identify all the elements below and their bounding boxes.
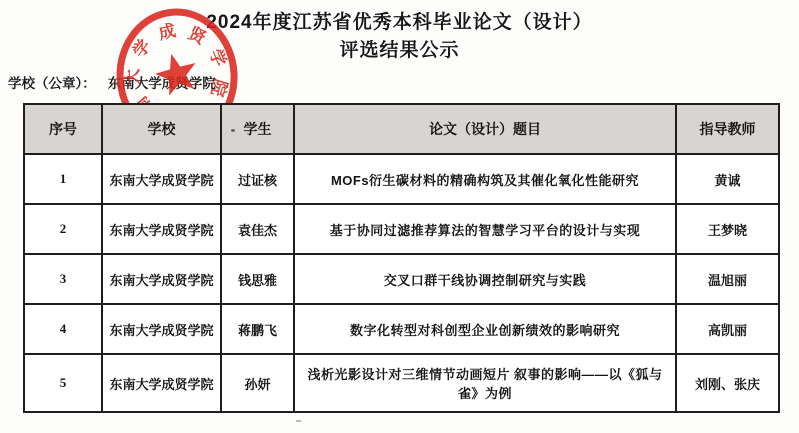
cell-no: 3 [24,254,102,304]
page-title-line2: 评选结果公示 [0,37,799,65]
cell-no: 1 [24,154,102,204]
column-header-3: 论文（设计）题目 [294,104,676,154]
school-label: 学校（公章）： [8,76,96,91]
cell-title: 浅析光影设计对三维情节动画短片 叙事的影响——以《狐与雀》为例 [294,354,676,412]
table-row: 1东南大学成贤学院过证核MOFs衍生碳材料的精确构筑及其催化氧化性能研究黄诚 [24,154,779,204]
cell-school: 东南大学成贤学院 [102,154,221,204]
cell-school: 东南大学成贤学院 [102,204,221,254]
results-table: 序号学校学生论文（设计）题目指导教师 1东南大学成贤学院过证核MOFs衍生碳材料… [23,103,780,413]
cell-advisor: 黄诚 [676,154,779,204]
cell-student: 孙妍 [221,354,294,412]
table-row: 4东南大学成贤学院蒋鹏飞数字化转型对科创型企业创新绩效的影响研究高凯丽 [24,304,779,354]
cell-student: 过证核 [221,154,294,204]
table-row: 2东南大学成贤学院袁佳杰基于协同过滤推荐算法的智慧学习平台的设计与实现王梦晓 [24,204,779,254]
table-body: 1东南大学成贤学院过证核MOFs衍生碳材料的精确构筑及其催化氧化性能研究黄诚2东… [24,154,779,412]
cell-student: 袁佳杰 [221,204,294,254]
table-header-row: 序号学校学生论文（设计）题目指导教师 [24,104,779,154]
cell-no: 5 [24,354,102,412]
cell-school: 东南大学成贤学院 [102,354,221,412]
cell-title: 数字化转型对科创型企业创新绩效的影响研究 [294,304,676,354]
cell-advisor: 刘刚、张庆 [676,354,779,412]
page-title: 2024年度江苏省优秀本科毕业论文（设计） 评选结果公示 [0,9,799,65]
table-row: 5东南大学成贤学院孙妍浅析光影设计对三维情节动画短片 叙事的影响——以《狐与雀》… [24,354,779,412]
cell-title: 交叉口群干线协调控制研究与实践 [294,254,676,304]
table-row: 3东南大学成贤学院钱思雅交叉口群干线协调控制研究与实践温旭丽 [24,254,779,304]
school-value: 东南大学成贤学院 [108,76,216,91]
cell-student: 钱思雅 [221,254,294,304]
column-header-0: 序号 [24,104,102,154]
cell-advisor: 王梦晓 [676,204,779,254]
cell-title: MOFs衍生碳材料的精确构筑及其催化氧化性能研究 [294,154,676,204]
cell-school: 东南大学成贤学院 [102,304,221,354]
column-header-1: 学校 [102,104,221,154]
scan-ink-speck [231,129,235,132]
scan-bottom-speck [296,420,301,422]
cell-title: 基于协同过滤推荐算法的智慧学习平台的设计与实现 [294,204,676,254]
cell-school: 东南大学成贤学院 [102,254,221,304]
page-title-line1: 2024年度江苏省优秀本科毕业论文（设计） [0,9,799,37]
cell-student: 蒋鹏飞 [221,304,294,354]
cell-advisor: 高凯丽 [676,304,779,354]
table-header: 序号学校学生论文（设计）题目指导教师 [24,104,779,154]
cell-no: 2 [24,204,102,254]
column-header-4: 指导教师 [676,104,779,154]
cell-no: 4 [24,304,102,354]
school-line: 学校（公章）：东南大学成贤学院 [8,72,216,92]
cell-advisor: 温旭丽 [676,254,779,304]
announcement-page: 2024年度江苏省优秀本科毕业论文（设计） 评选结果公示 学校（公章）：东南大学… [0,0,799,433]
